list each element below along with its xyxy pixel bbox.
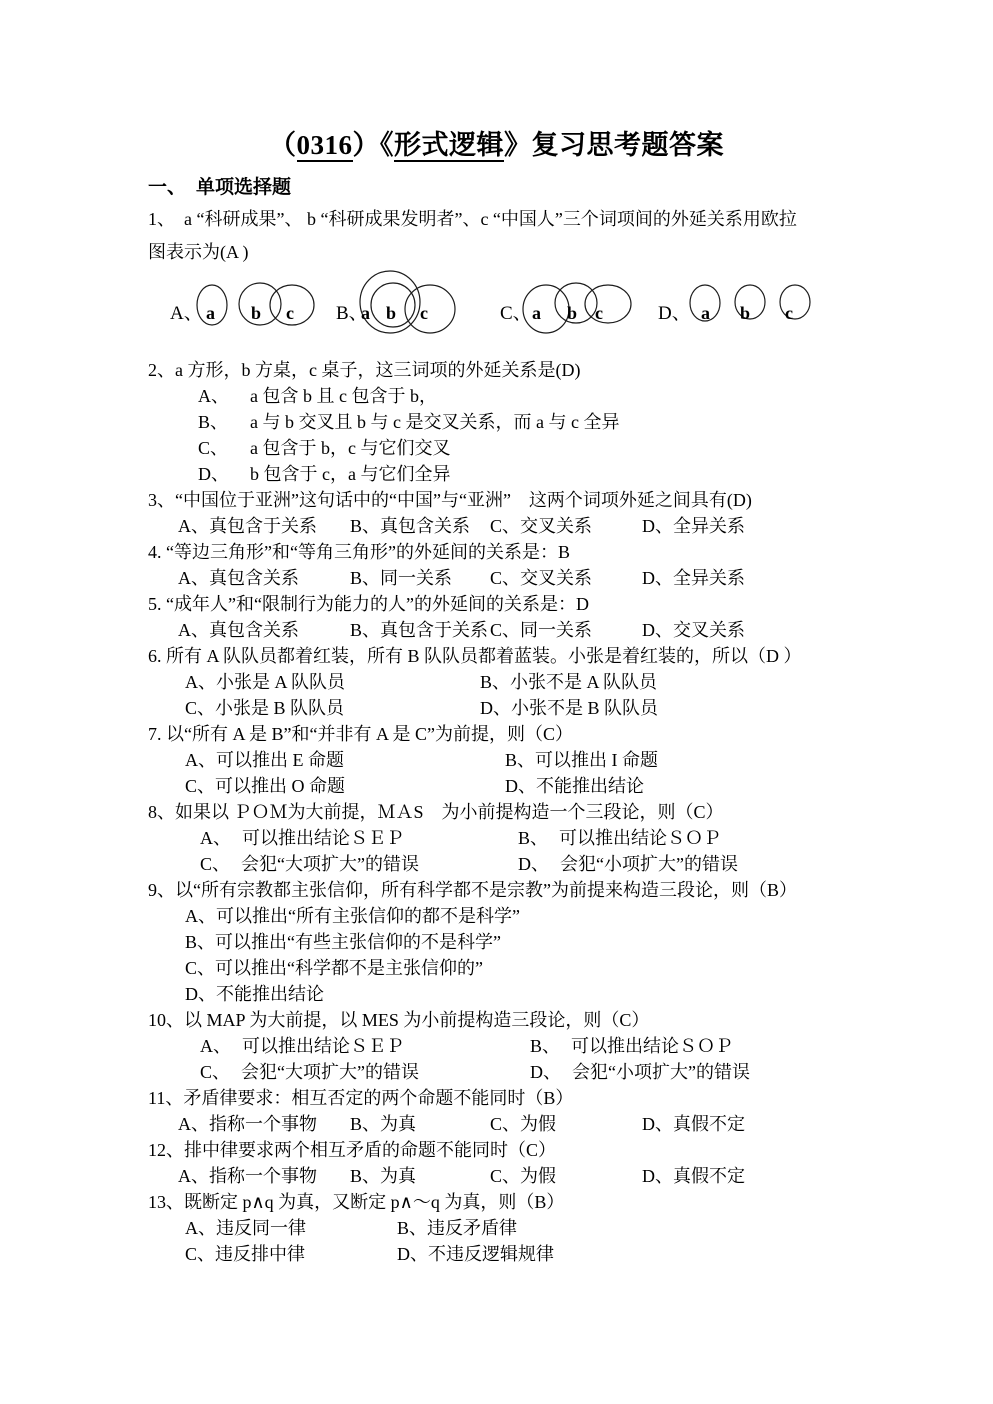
option: A、可以推出“所有主张信仰的都不是科学” — [185, 903, 993, 929]
option: D、不违反逻辑规律 — [397, 1241, 993, 1267]
option-label: B、 — [350, 1114, 380, 1134]
option-label: A、 — [185, 672, 216, 692]
question-4: 4. “等边三角形”和“等角三角形”的外延间的关系是：B A、真包含关系 B、同… — [148, 539, 993, 591]
title-book-name: 形式逻辑 — [394, 130, 504, 162]
question-3: 3、“中国位于亚洲”这句话中的“中国”与“亚洲” 这两个词项外延之间具有(D) … — [148, 487, 993, 539]
option-text: 交叉关系 — [673, 620, 745, 640]
euler-diagram: A、 a b c B、 a b c C、 a b c D、 a b c — [160, 269, 880, 357]
option: C、a 包含于 b，c 与它们交叉 — [198, 435, 993, 461]
option: B、a 与 b 交叉且 b 与 c 是交叉关系，而 a 与 c 全异 — [198, 409, 993, 435]
option: D、会犯“小项扩大”的错误 — [518, 851, 993, 877]
option-label: B、 — [350, 516, 380, 536]
option: B、为真 — [350, 1163, 490, 1189]
option-label: D、 — [642, 620, 673, 640]
question-stem: 9、以“所有宗教都主张信仰，所有科学都不是宗教”为前提来构造三段论，则（B） — [148, 877, 993, 903]
euler-b-label-b: b — [386, 303, 396, 323]
question-12: 12、排中律要求两个相互矛盾的命题不能同时（C） A、指称一个事物 B、为真 C… — [148, 1137, 993, 1189]
option: B、违反矛盾律 — [397, 1215, 993, 1241]
option-label: D、 — [642, 1114, 673, 1134]
question-1-line-1: 1、 a “科研成果”、 b “科研成果发明者”、c “中国人”三个词项间的外延… — [148, 203, 993, 236]
option-label: B、 — [505, 750, 535, 770]
option-label: C、 — [490, 568, 520, 588]
option-label: A、 — [178, 620, 209, 640]
option-text: 真假不定 — [673, 1114, 745, 1134]
question-list: 2、a 方形，b 方桌，c 桌子，这三词项的外延关系是(D) A、a 包含 b … — [148, 357, 993, 1267]
option-label: C、 — [185, 1244, 215, 1264]
option-text: 为假 — [520, 1166, 556, 1186]
option-label: B、 — [350, 1166, 380, 1186]
option-text: 会犯“大项扩大”的错误 — [241, 1062, 419, 1082]
option: A、可以推出结论ＳＥＰ — [200, 1033, 530, 1059]
option-text: 可以推出 I 命题 — [535, 750, 658, 770]
option: C、为假 — [490, 1111, 642, 1137]
euler-d-label-b: b — [740, 303, 750, 323]
option-text: 同一关系 — [520, 620, 592, 640]
euler-c-label-c: c — [595, 303, 603, 323]
option-label: C、 — [185, 958, 215, 978]
title-course-code: 0316 — [297, 130, 353, 162]
question-9: 9、以“所有宗教都主张信仰，所有科学都不是宗教”为前提来构造三段论，则（B） A… — [148, 877, 993, 1007]
question-11: 11、矛盾律要求：相互否定的两个命题不能同时（B） A、指称一个事物 B、为真 … — [148, 1085, 993, 1137]
option-text: 小张是 A 队队员 — [216, 672, 345, 692]
option-label: A、 — [178, 516, 209, 536]
euler-d-label-c: c — [785, 303, 793, 323]
option: C、交叉关系 — [490, 565, 642, 591]
option-text: 交叉关系 — [520, 568, 592, 588]
option-text: a 包含 b 且 c 包含于 b， — [250, 386, 437, 406]
euler-c-label-b: b — [567, 303, 577, 323]
euler-a-label-a: a — [206, 303, 215, 323]
option-text: 可以推出“有些主张信仰的不是科学” — [215, 932, 501, 952]
option: C、会犯“大项扩大”的错误 — [200, 851, 518, 877]
euler-a-label-c: c — [286, 303, 294, 323]
option-text: 为假 — [520, 1114, 556, 1134]
option: B、可以推出“有些主张信仰的不是科学” — [185, 929, 993, 955]
option-text: 可以推出“所有主张信仰的都不是科学” — [216, 906, 520, 926]
euler-b-label-c: c — [420, 303, 428, 323]
option-text: 可以推出结论ＳＥＰ — [242, 1036, 404, 1056]
option: A、可以推出 E 命题 — [185, 747, 505, 773]
option-label: B、 — [397, 1218, 427, 1238]
question-stem: 10、以 MAP 为大前提，以 MES 为小前提构造三段论，则（C） — [148, 1007, 993, 1033]
euler-d-label-a: a — [701, 303, 710, 323]
option-label: D、 — [505, 776, 536, 796]
question-stem: 5. “成年人”和“限制行为能力的人”的外延间的关系是：D — [148, 591, 993, 617]
section-number: 一、 — [148, 177, 186, 198]
option-text: 可以推出 E 命题 — [216, 750, 344, 770]
euler-b-label-a: a — [361, 303, 370, 323]
option-label: D、 — [397, 1244, 428, 1264]
question-stem: 3、“中国位于亚洲”这句话中的“中国”与“亚洲” 这两个词项外延之间具有(D) — [148, 487, 993, 513]
option: D、真假不定 — [642, 1111, 993, 1137]
option: C、违反排中律 — [185, 1241, 397, 1267]
option-text: a 包含于 b，c 与它们交叉 — [250, 438, 450, 458]
option-label: B、 — [185, 932, 215, 952]
option: B、真包含关系 — [350, 513, 490, 539]
option-label: B、 — [350, 620, 380, 640]
option-label: A、 — [185, 750, 216, 770]
euler-c-circle-c — [585, 285, 631, 323]
question-stem: 11、矛盾律要求：相互否定的两个命题不能同时（B） — [148, 1085, 993, 1111]
option-label: A、 — [200, 1036, 231, 1056]
option-text: 真包含关系 — [380, 516, 470, 536]
question-stem: 8、如果以 ＰＯＭ为大前提，ＭＡS 为小前提构造一个三段论，则（C） — [148, 799, 993, 825]
option-text: 为真 — [380, 1114, 416, 1134]
option-label: B、 — [518, 828, 548, 848]
option: B、可以推出结论ＳＯＰ — [530, 1033, 993, 1059]
option: D、会犯“小项扩大”的错误 — [530, 1059, 993, 1085]
option: D、交叉关系 — [642, 617, 993, 643]
option: A、真包含于关系 — [178, 513, 350, 539]
section-label: 单项选择题 — [196, 177, 291, 198]
option: B、同一关系 — [350, 565, 490, 591]
question-1: 1、 a “科研成果”、 b “科研成果发明者”、c “中国人”三个词项间的外延… — [148, 203, 993, 269]
option: A、指称一个事物 — [178, 1111, 350, 1137]
question-stem: 7. 以“所有 A 是 B”和“并非有 A 是 C”为前提，则（C） — [148, 721, 993, 747]
question-10: 10、以 MAP 为大前提，以 MES 为小前提构造三段论，则（C） A、可以推… — [148, 1007, 993, 1085]
option-label: C、 — [185, 776, 215, 796]
euler-a-label-b: b — [251, 303, 261, 323]
option-text: 会犯“大项扩大”的错误 — [241, 854, 419, 874]
option-label: C、 — [490, 1166, 520, 1186]
option-text: 可以推出结论ＳＯＰ — [559, 828, 721, 848]
euler-option-c-label: C、 — [500, 303, 532, 324]
option-text: 为真 — [380, 1166, 416, 1186]
option: C、可以推出 O 命题 — [185, 773, 505, 799]
option-label: D、 — [642, 516, 673, 536]
option: B、真包含于关系 — [350, 617, 490, 643]
section-heading: 一、单项选择题 — [148, 175, 993, 200]
option: C、交叉关系 — [490, 513, 642, 539]
option-label: B、 — [350, 568, 380, 588]
option-label: B、 — [480, 672, 510, 692]
option-text: b 包含于 c，a 与它们全异 — [250, 464, 450, 484]
option-text: 真包含于关系 — [209, 516, 317, 536]
option-text: 可以推出“科学都不是主张信仰的” — [215, 958, 483, 978]
option: D、不能推出结论 — [505, 773, 993, 799]
option: A、真包含关系 — [178, 617, 350, 643]
option-label: A、 — [200, 828, 231, 848]
option: B、为真 — [350, 1111, 490, 1137]
option-text: 指称一个事物 — [209, 1166, 317, 1186]
option-text: 真包含于关系 — [380, 620, 488, 640]
question-2: 2、a 方形，b 方桌，c 桌子，这三词项的外延关系是(D) A、a 包含 b … — [148, 357, 993, 487]
question-stem: 13、既断定 p∧q 为真，又断定 p∧～q 为真，则（B） — [148, 1189, 993, 1215]
option-text: 真包含关系 — [209, 620, 299, 640]
option: C、为假 — [490, 1163, 642, 1189]
option-label: C、 — [198, 435, 250, 461]
option-label: C、 — [185, 698, 215, 718]
question-8: 8、如果以 ＰＯＭ为大前提，ＭＡS 为小前提构造一个三段论，则（C） A、可以推… — [148, 799, 993, 877]
option-text: 可以推出结论ＳＥＰ — [242, 828, 404, 848]
option-label: A、 — [178, 568, 209, 588]
option: C、同一关系 — [490, 617, 642, 643]
option-text: 违反排中律 — [215, 1244, 305, 1264]
option: A、a 包含 b 且 c 包含于 b， — [198, 383, 993, 409]
option-text: 真假不定 — [673, 1166, 745, 1186]
option-text: 全异关系 — [673, 568, 745, 588]
option-label: A、 — [185, 906, 216, 926]
euler-b-circle-c — [405, 285, 455, 333]
option-label: C、 — [490, 1114, 520, 1134]
option-label: D、 — [642, 568, 673, 588]
option-label: C、 — [200, 1062, 230, 1082]
title-suffix: 》复习思考题答案 — [504, 130, 724, 160]
option: D、不能推出结论 — [185, 981, 993, 1007]
option-label: B、 — [530, 1036, 560, 1056]
option-label: D、 — [518, 854, 549, 874]
option-text: 小张不是 A 队队员 — [510, 672, 657, 692]
euler-b-circle-a — [360, 271, 420, 333]
option-text: 小张是 B 队队员 — [215, 698, 344, 718]
question-stem: 4. “等边三角形”和“等角三角形”的外延间的关系是：B — [148, 539, 993, 565]
page-title: （0316）《形式逻辑》复习思考题答案 — [0, 0, 993, 162]
question-5: 5. “成年人”和“限制行为能力的人”的外延间的关系是：D A、真包含关系 B、… — [148, 591, 993, 643]
option-label: D、 — [530, 1062, 561, 1082]
option: D、b 包含于 c，a 与它们全异 — [198, 461, 993, 487]
option-label: A、 — [198, 383, 250, 409]
option-text: 违反同一律 — [216, 1218, 306, 1238]
option-label: C、 — [490, 620, 520, 640]
option: D、全异关系 — [642, 513, 993, 539]
option: D、真假不定 — [642, 1163, 993, 1189]
option-text: 不能推出结论 — [536, 776, 644, 796]
option-label: C、 — [200, 854, 230, 874]
option: C、小张是 B 队队员 — [185, 695, 480, 721]
option-text: 不违反逻辑规律 — [428, 1244, 554, 1264]
option: C、会犯“大项扩大”的错误 — [200, 1059, 530, 1085]
option-text: 违反矛盾律 — [427, 1218, 517, 1238]
question-13: 13、既断定 p∧q 为真，又断定 p∧～q 为真，则（B） A、违反同一律 B… — [148, 1189, 993, 1267]
question-6: 6. 所有 A 队队员都着红装，所有 B 队队员都着蓝装。小张是着红装的，所以（… — [148, 643, 993, 721]
option: D、小张不是 B 队队员 — [480, 695, 993, 721]
question-1-line-2: 图表示为(A ) — [148, 236, 993, 269]
option-label: A、 — [178, 1114, 209, 1134]
option-label: D、 — [480, 698, 511, 718]
option-label: B、 — [198, 409, 250, 435]
option-label: D、 — [185, 984, 216, 1004]
question-stem: 12、排中律要求两个相互矛盾的命题不能同时（C） — [148, 1137, 993, 1163]
option-label: D、 — [198, 461, 250, 487]
option-text: a 与 b 交叉且 b 与 c 是交叉关系，而 a 与 c 全异 — [250, 412, 619, 432]
option-text: 指称一个事物 — [209, 1114, 317, 1134]
option: B、可以推出结论ＳＯＰ — [518, 825, 993, 851]
euler-option-d-label: D、 — [658, 303, 691, 324]
euler-c-label-a: a — [532, 303, 541, 323]
option-text: 会犯“小项扩大”的错误 — [572, 1062, 750, 1082]
option: A、指称一个事物 — [178, 1163, 350, 1189]
option: A、违反同一律 — [185, 1215, 397, 1241]
title-mid: ）《 — [353, 130, 395, 160]
option-text: 真包含关系 — [209, 568, 299, 588]
option: D、全异关系 — [642, 565, 993, 591]
question-stem: 2、a 方形，b 方桌，c 桌子，这三词项的外延关系是(D) — [148, 357, 993, 383]
option: A、小张是 A 队队员 — [185, 669, 480, 695]
option-text: 不能推出结论 — [216, 984, 324, 1004]
option-label: C、 — [490, 516, 520, 536]
option: B、小张不是 A 队队员 — [480, 669, 993, 695]
option: A、真包含关系 — [178, 565, 350, 591]
option-label: A、 — [178, 1166, 209, 1186]
question-7: 7. 以“所有 A 是 B”和“并非有 A 是 C”为前提，则（C） A、可以推… — [148, 721, 993, 799]
option-text: 同一关系 — [380, 568, 452, 588]
option-text: 可以推出 O 命题 — [215, 776, 345, 796]
option: C、可以推出“科学都不是主张信仰的” — [185, 955, 993, 981]
title-prefix: （ — [269, 130, 297, 160]
option-text: 小张不是 B 队队员 — [511, 698, 658, 718]
option-text: 会犯“小项扩大”的错误 — [560, 854, 738, 874]
document-page: （0316）《形式逻辑》复习思考题答案 一、单项选择题 1、 a “科研成果”、… — [0, 0, 993, 1404]
option-text: 交叉关系 — [520, 516, 592, 536]
option-text: 全异关系 — [673, 516, 745, 536]
option: B、可以推出 I 命题 — [505, 747, 993, 773]
option: A、可以推出结论ＳＥＰ — [200, 825, 518, 851]
question-stem: 6. 所有 A 队队员都着红装，所有 B 队队员都着蓝装。小张是着红装的，所以（… — [148, 643, 993, 669]
option-label: D、 — [642, 1166, 673, 1186]
option-text: 可以推出结论ＳＯＰ — [571, 1036, 733, 1056]
option-label: A、 — [185, 1218, 216, 1238]
